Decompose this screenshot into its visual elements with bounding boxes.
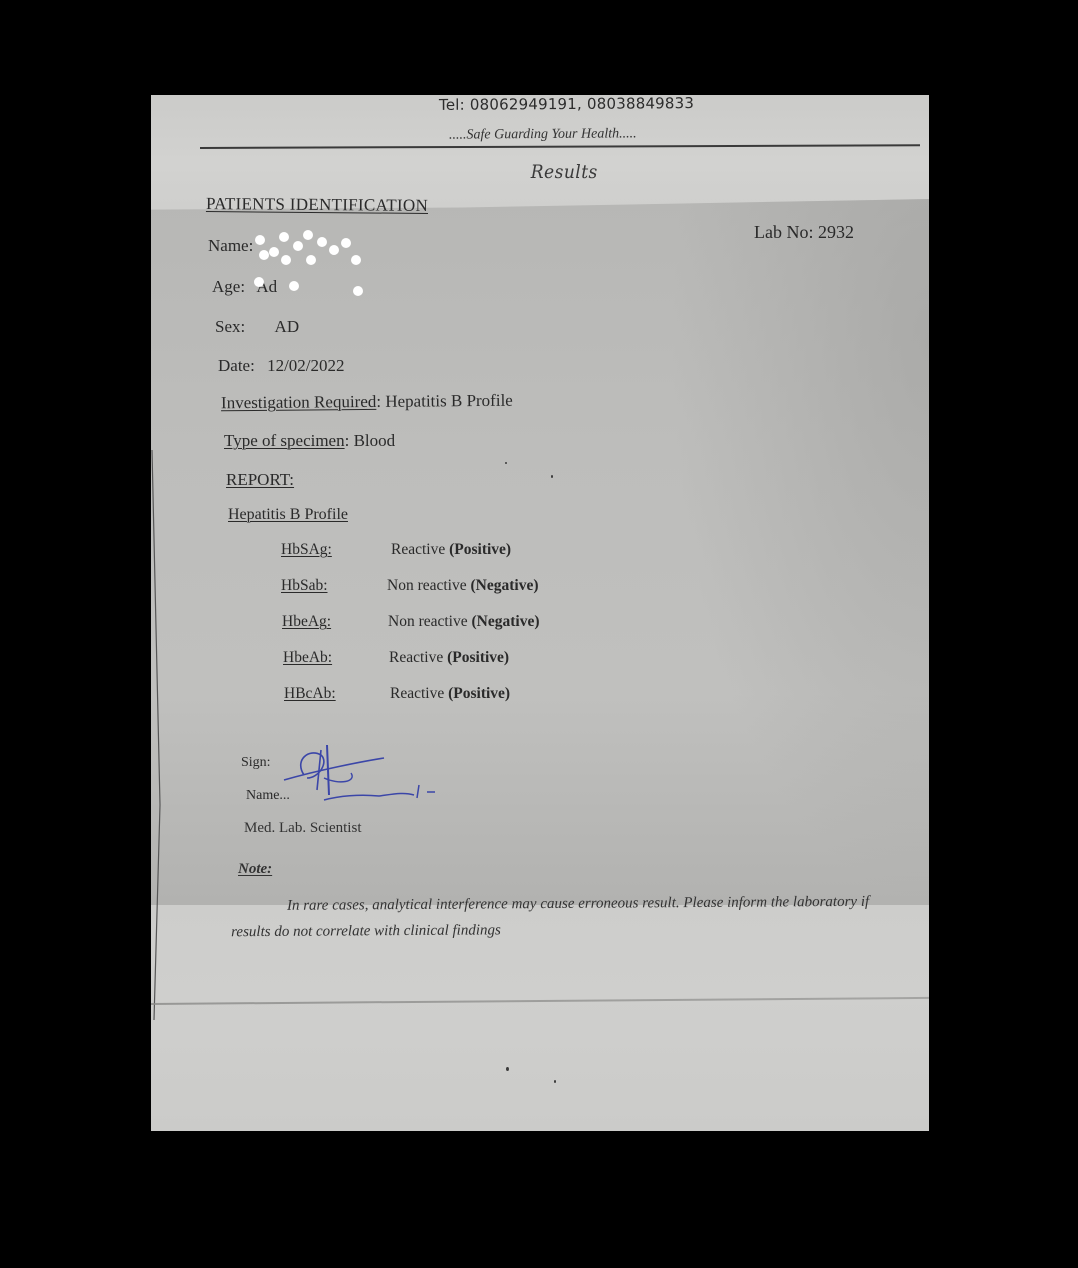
lab-motto: .....Safe Guarding Your Health..... [449, 126, 637, 143]
age-label: Age: [212, 277, 245, 296]
hepatitis-b-profile-heading: Hepatitis B Profile [228, 506, 348, 524]
specimen-label: Type of specimen [224, 431, 345, 450]
lab-result-document: Tel: 08062949191, 08038849833 .....Safe … [151, 95, 929, 1131]
paper-speck [506, 1067, 509, 1071]
sex-value: AD [275, 317, 300, 336]
test-result: Reactive (Positive) [389, 649, 509, 667]
investigation-label: Investigation Required [221, 392, 376, 412]
specimen-field: Type of specimen: Blood [224, 431, 395, 451]
test-result: Non reactive (Negative) [388, 613, 540, 631]
date-value: 12/02/2022 [267, 356, 344, 375]
report-heading: REPORT: [226, 470, 294, 490]
specimen-value: Blood [354, 431, 396, 450]
paper-speck [551, 475, 553, 478]
age-redaction-dot [289, 281, 299, 291]
patients-identification-heading: PATIENTS IDENTIFICATION [206, 194, 428, 216]
test-result: Reactive (Positive) [390, 685, 510, 703]
age-field: Age: Ad [212, 277, 277, 297]
sex-field: Sex: AD [215, 317, 299, 337]
paper-speck [505, 462, 507, 464]
sign-label: Sign: [241, 755, 271, 771]
paper-speck [554, 1080, 556, 1083]
results-title: Results [531, 161, 598, 183]
test-name: HbeAg: [282, 613, 331, 631]
date-label: Date: [218, 356, 255, 375]
scientist-title: Med. Lab. Scientist [244, 820, 361, 837]
note-heading: Note: [238, 861, 272, 878]
lab-number: Lab No: 2932 [754, 222, 854, 243]
test-name: HbeAb: [283, 649, 332, 667]
test-result: Reactive (Positive) [391, 541, 511, 559]
signature-block: Sign: Name... Muhammad - [241, 740, 461, 810]
signature-icon [279, 740, 459, 810]
test-name: HbSab: [281, 577, 328, 595]
investigation-field: Investigation Required: Hepatitis B Prof… [221, 391, 513, 414]
name-label: Name: [208, 236, 253, 255]
date-field: Date: 12/02/2022 [218, 356, 345, 376]
test-name: HbSAg: [281, 541, 332, 559]
sex-label: Sex: [215, 317, 245, 336]
investigation-value: Hepatitis B Profile [385, 391, 513, 411]
test-result: Non reactive (Negative) [387, 577, 539, 595]
test-name: HBcAb: [284, 685, 336, 703]
note-text: In rare cases, analytical interference m… [231, 889, 871, 945]
age-redaction-dot [353, 286, 363, 296]
left-border-line [151, 445, 191, 1025]
lab-telephone: Tel: 08062949191, 08038849833 [439, 95, 694, 114]
age-redaction-dot [254, 277, 264, 287]
name-field: Name: [208, 236, 253, 256]
